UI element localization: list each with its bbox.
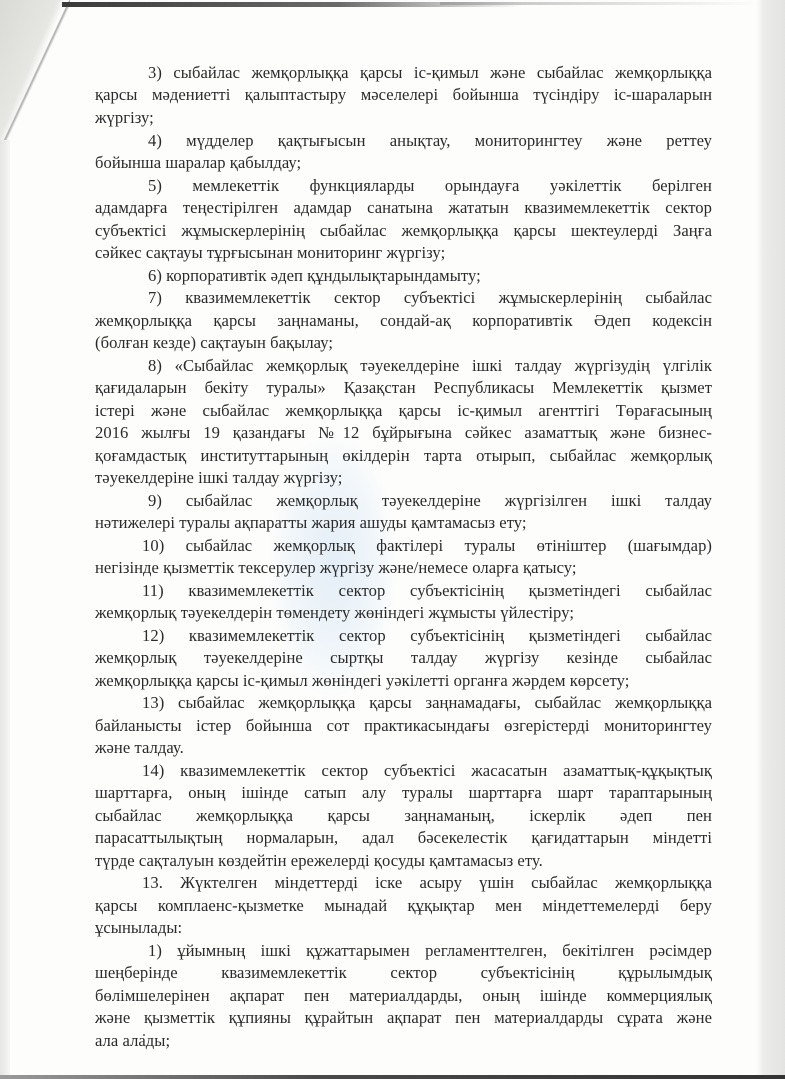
text-line: 8) «Сыбайлас жемқорлық тәуекелдеріне ішк… xyxy=(148,355,712,377)
text-line: ұсынылады: xyxy=(95,917,712,939)
text-line: нәтижелері туралы ақпаратты жария ашуды … xyxy=(95,512,712,534)
text-line: тәуекелдеріне ішкі талдау жүргізу; xyxy=(95,467,712,489)
text-line: жемқорлыққа қарсы заңнаманы, сондай-ақ к… xyxy=(95,310,712,332)
text-line: 9) сыбайлас жемқорлық тәуекелдеріне жүрг… xyxy=(148,490,712,512)
text-line: 10) сыбайлас жемқорлық фактілері туралы … xyxy=(142,535,712,557)
text-line: түрде сақталуын көздейтін ережелерді қос… xyxy=(95,850,712,872)
scan-speck xyxy=(143,1034,145,1036)
text-line: 12) квазимемлекеттік сектор субъектісіні… xyxy=(142,625,712,647)
text-line: және талдау. xyxy=(95,737,712,759)
text-line: 1) ұйымның ішкі құжаттарымен регламентте… xyxy=(148,940,712,962)
text-line: 11) квазимемлекеттік сектор субъектісіні… xyxy=(142,580,712,602)
text-line: 13. Жүктелген міндеттерді іске асыру үші… xyxy=(142,872,712,894)
text-line: істері және сыбайлас жемқорлыққа қарсы і… xyxy=(95,400,712,422)
text-line: байланысты істер бойынша сот практикасын… xyxy=(95,715,712,737)
text-line: 14) квазимемлекеттік сектор субъектісі ж… xyxy=(142,760,712,782)
text-line: жемқорлыққа қарсы іс-қимыл жөніндегі уәк… xyxy=(95,670,712,692)
text-line: 6) корпоративтік әдеп құндылықтарындамыт… xyxy=(148,265,712,287)
text-line: субъектісі жұмыскерлерінің сыбайлас жемқ… xyxy=(95,220,712,242)
text-line: қоғамдастық институттарының өкілдерін та… xyxy=(95,445,712,467)
text-line: жемқорлық тәуекелдеріне сыртқы талдау жү… xyxy=(95,647,712,669)
text-line: бөлімшелерінен ақпарат пен материалдарды… xyxy=(95,985,712,1007)
text-line: 5) мемлекеттік функцияларды орындауға уә… xyxy=(148,175,712,197)
text-line: бойынша шаралар қабылдау; xyxy=(95,152,712,174)
text-line: шеңберінде квазимемлекеттік сектор субъе… xyxy=(95,962,712,984)
text-line: қағидаларын бекіту туралы» Қазақстан Рес… xyxy=(95,377,712,399)
text-line: және қызметтік құпияны құрайтын ақпарат … xyxy=(95,1007,712,1029)
text-line: ала алады; xyxy=(95,1030,712,1052)
text-line: сыбайлас жемқорлыққа қарсы заңнаманың, і… xyxy=(95,805,712,827)
text-line: 7) квазимемлекеттік сектор субъектісі жұ… xyxy=(148,287,712,309)
document-body: 3) сыбайлас жемқорлыққа қарсы іс-қимыл ж… xyxy=(0,0,785,1079)
text-line: негізінде қызметтік тексерулер жүргізу ж… xyxy=(95,557,712,579)
text-line: адамдарға теңестірілген адамдар санатына… xyxy=(95,197,712,219)
text-line: қарсы мәдениетті қалыптастыру мәселелері… xyxy=(95,84,712,106)
text-line: 2016 жылғы 19 қазандағы №12 бұйрығына сә… xyxy=(95,422,712,444)
text-line: 13) сыбайлас жемқорлыққа қарсы заңнамада… xyxy=(142,692,712,714)
text-line: 3) сыбайлас жемқорлыққа қарсы іс-қимыл ж… xyxy=(148,62,712,84)
text-line: 4) мүдделер қақтығысын анықтау, монитори… xyxy=(148,130,712,152)
text-line: шарттарға, оның ішінде сатып алу туралы … xyxy=(95,782,712,804)
text-line: жүргізу; xyxy=(95,107,712,129)
text-line: қарсы комплаенс-қызметке мынадай құқықта… xyxy=(95,895,712,917)
text-line: сәйкес сақтауы тұрғысынан мониторинг жүр… xyxy=(95,242,712,264)
text-line: жемқорлық тәуекелдерін төмендету жөнінде… xyxy=(95,602,712,624)
text-line: парасаттылықтың нормаларын, адал бәсекел… xyxy=(95,827,712,849)
text-line: (болған кезде) сақтауын бақылау; xyxy=(95,332,712,354)
